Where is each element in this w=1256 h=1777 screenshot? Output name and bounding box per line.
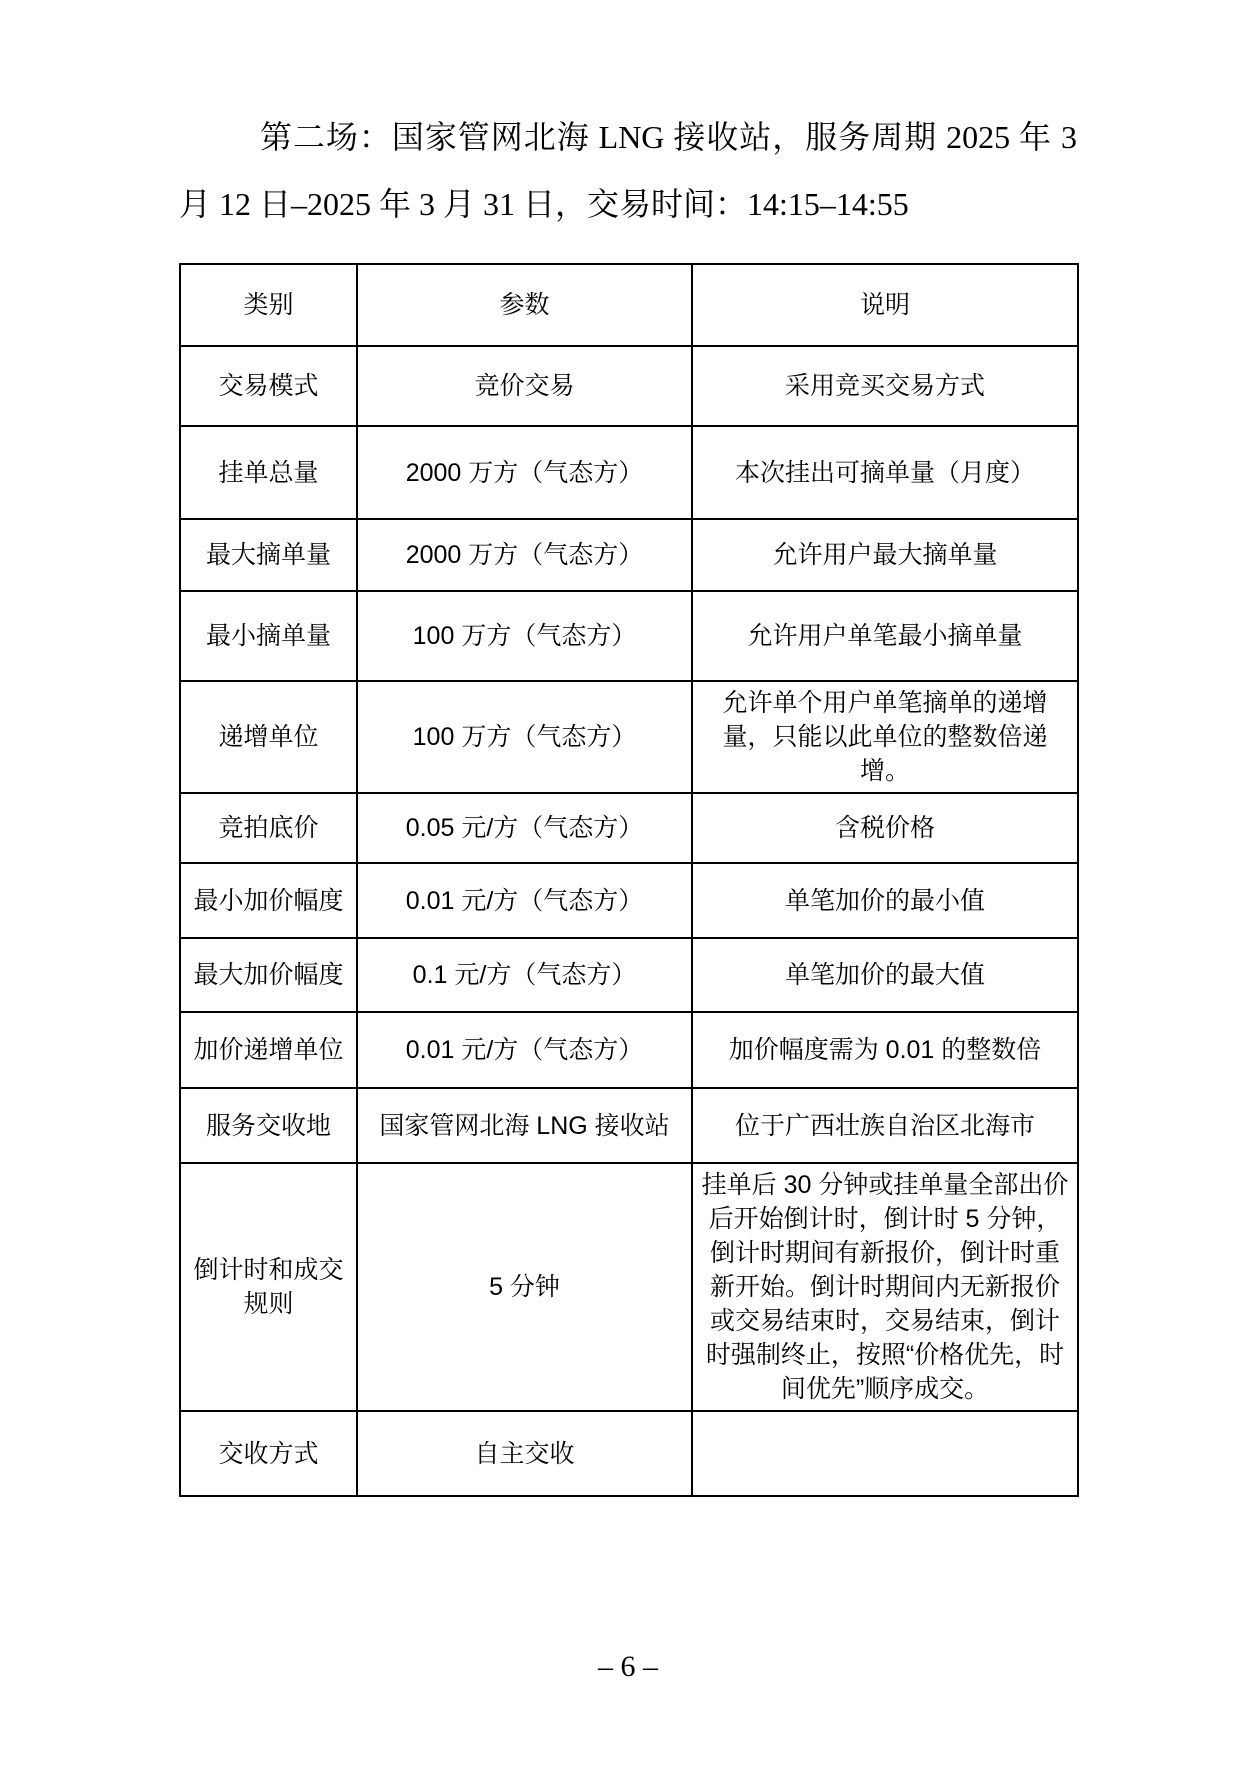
intro-line-1: 第二场：国家管网北海 LNG 接收站，服务周期 2025 年 3 [179,104,1077,171]
intro-line-2: 月 12 日–2025 年 3 月 31 日，交易时间：14:15–14:55 [179,171,1077,238]
document-page: 第二场：国家管网北海 LNG 接收站，服务周期 2025 年 3 月 12 日–… [0,0,1256,1777]
table-row-max-bid-increment: 最大加价幅度 0.1 元/方（气态方） 单笔加价的最大值 [180,938,1078,1012]
description-cell: 含税价格 [692,793,1078,863]
parameter-cell: 0.05 元/方（气态方） [357,793,692,863]
description-cell: 位于广西壮族自治区北海市 [692,1088,1078,1163]
category-cell: 最小加价幅度 [180,863,357,938]
category-cell: 递增单位 [180,681,357,793]
category-cell: 最大加价幅度 [180,938,357,1012]
table-row-trade-mode: 交易模式 竞价交易 采用竞买交易方式 [180,346,1078,426]
category-cell: 服务交收地 [180,1088,357,1163]
page-number: – 6 – [0,1650,1256,1684]
table-row-max-take-volume: 最大摘单量 2000 万方（气态方） 允许用户最大摘单量 [180,519,1078,591]
parameter-cell: 0.1 元/方（气态方） [357,938,692,1012]
parameter-cell: 2000 万方（气态方） [357,519,692,591]
description-cell: 加价幅度需为 0.01 的整数倍 [692,1012,1078,1088]
parameter-cell: 0.01 元/方（气态方） [357,863,692,938]
table-row-min-take-volume: 最小摘单量 100 万方（气态方） 允许用户单笔最小摘单量 [180,591,1078,681]
description-cell: 本次挂出可摘单量（月度） [692,426,1078,519]
description-cell: 挂单后 30 分钟或挂单量全部出价后开始倒计时，倒计时 5 分钟，倒计时期间有新… [692,1163,1078,1411]
intro-paragraph: 第二场：国家管网北海 LNG 接收站，服务周期 2025 年 3 月 12 日–… [179,104,1077,238]
parameter-cell: 100 万方（气态方） [357,681,692,793]
category-cell: 最小摘单量 [180,591,357,681]
table-row-bid-increment-unit: 加价递增单位 0.01 元/方（气态方） 加价幅度需为 0.01 的整数倍 [180,1012,1078,1088]
category-cell: 竞拍底价 [180,793,357,863]
description-cell: 允许用户最大摘单量 [692,519,1078,591]
description-cell: 允许用户单笔最小摘单量 [692,591,1078,681]
parameter-cell: 国家管网北海 LNG 接收站 [357,1088,692,1163]
table-row-increment-unit: 递增单位 100 万方（气态方） 允许单个用户单笔摘单的递增量，只能以此单位的整… [180,681,1078,793]
category-cell: 交易模式 [180,346,357,426]
parameter-cell: 0.01 元/方（气态方） [357,1012,692,1088]
category-cell: 挂单总量 [180,426,357,519]
table-row-min-bid-increment: 最小加价幅度 0.01 元/方（气态方） 单笔加价的最小值 [180,863,1078,938]
table-row-auction-floor-price: 竞拍底价 0.05 元/方（气态方） 含税价格 [180,793,1078,863]
auction-parameters-table: 类别 参数 说明 交易模式 竞价交易 采用竞买交易方式 挂单总量 2000 万方… [179,263,1079,1497]
category-cell: 倒计时和成交规则 [180,1163,357,1411]
description-cell: 采用竞买交易方式 [692,346,1078,426]
category-cell: 加价递增单位 [180,1012,357,1088]
category-cell: 最大摘单量 [180,519,357,591]
description-cell [692,1411,1078,1496]
table-row-total-listed-volume: 挂单总量 2000 万方（气态方） 本次挂出可摘单量（月度） [180,426,1078,519]
header-cell-category: 类别 [180,264,357,346]
header-cell-parameter: 参数 [357,264,692,346]
parameter-cell: 100 万方（气态方） [357,591,692,681]
parameter-cell: 2000 万方（气态方） [357,426,692,519]
description-cell: 允许单个用户单笔摘单的递增量，只能以此单位的整数倍递增。 [692,681,1078,793]
table-row-delivery-location: 服务交收地 国家管网北海 LNG 接收站 位于广西壮族自治区北海市 [180,1088,1078,1163]
table-row-countdown-rules: 倒计时和成交规则 5 分钟 挂单后 30 分钟或挂单量全部出价后开始倒计时，倒计… [180,1163,1078,1411]
parameter-cell: 自主交收 [357,1411,692,1496]
category-cell: 交收方式 [180,1411,357,1496]
description-cell: 单笔加价的最大值 [692,938,1078,1012]
table-row-delivery-method: 交收方式 自主交收 [180,1411,1078,1496]
description-cell: 单笔加价的最小值 [692,863,1078,938]
header-cell-description: 说明 [692,264,1078,346]
table-header-row: 类别 参数 说明 [180,264,1078,346]
parameter-cell: 竞价交易 [357,346,692,426]
parameter-cell: 5 分钟 [357,1163,692,1411]
